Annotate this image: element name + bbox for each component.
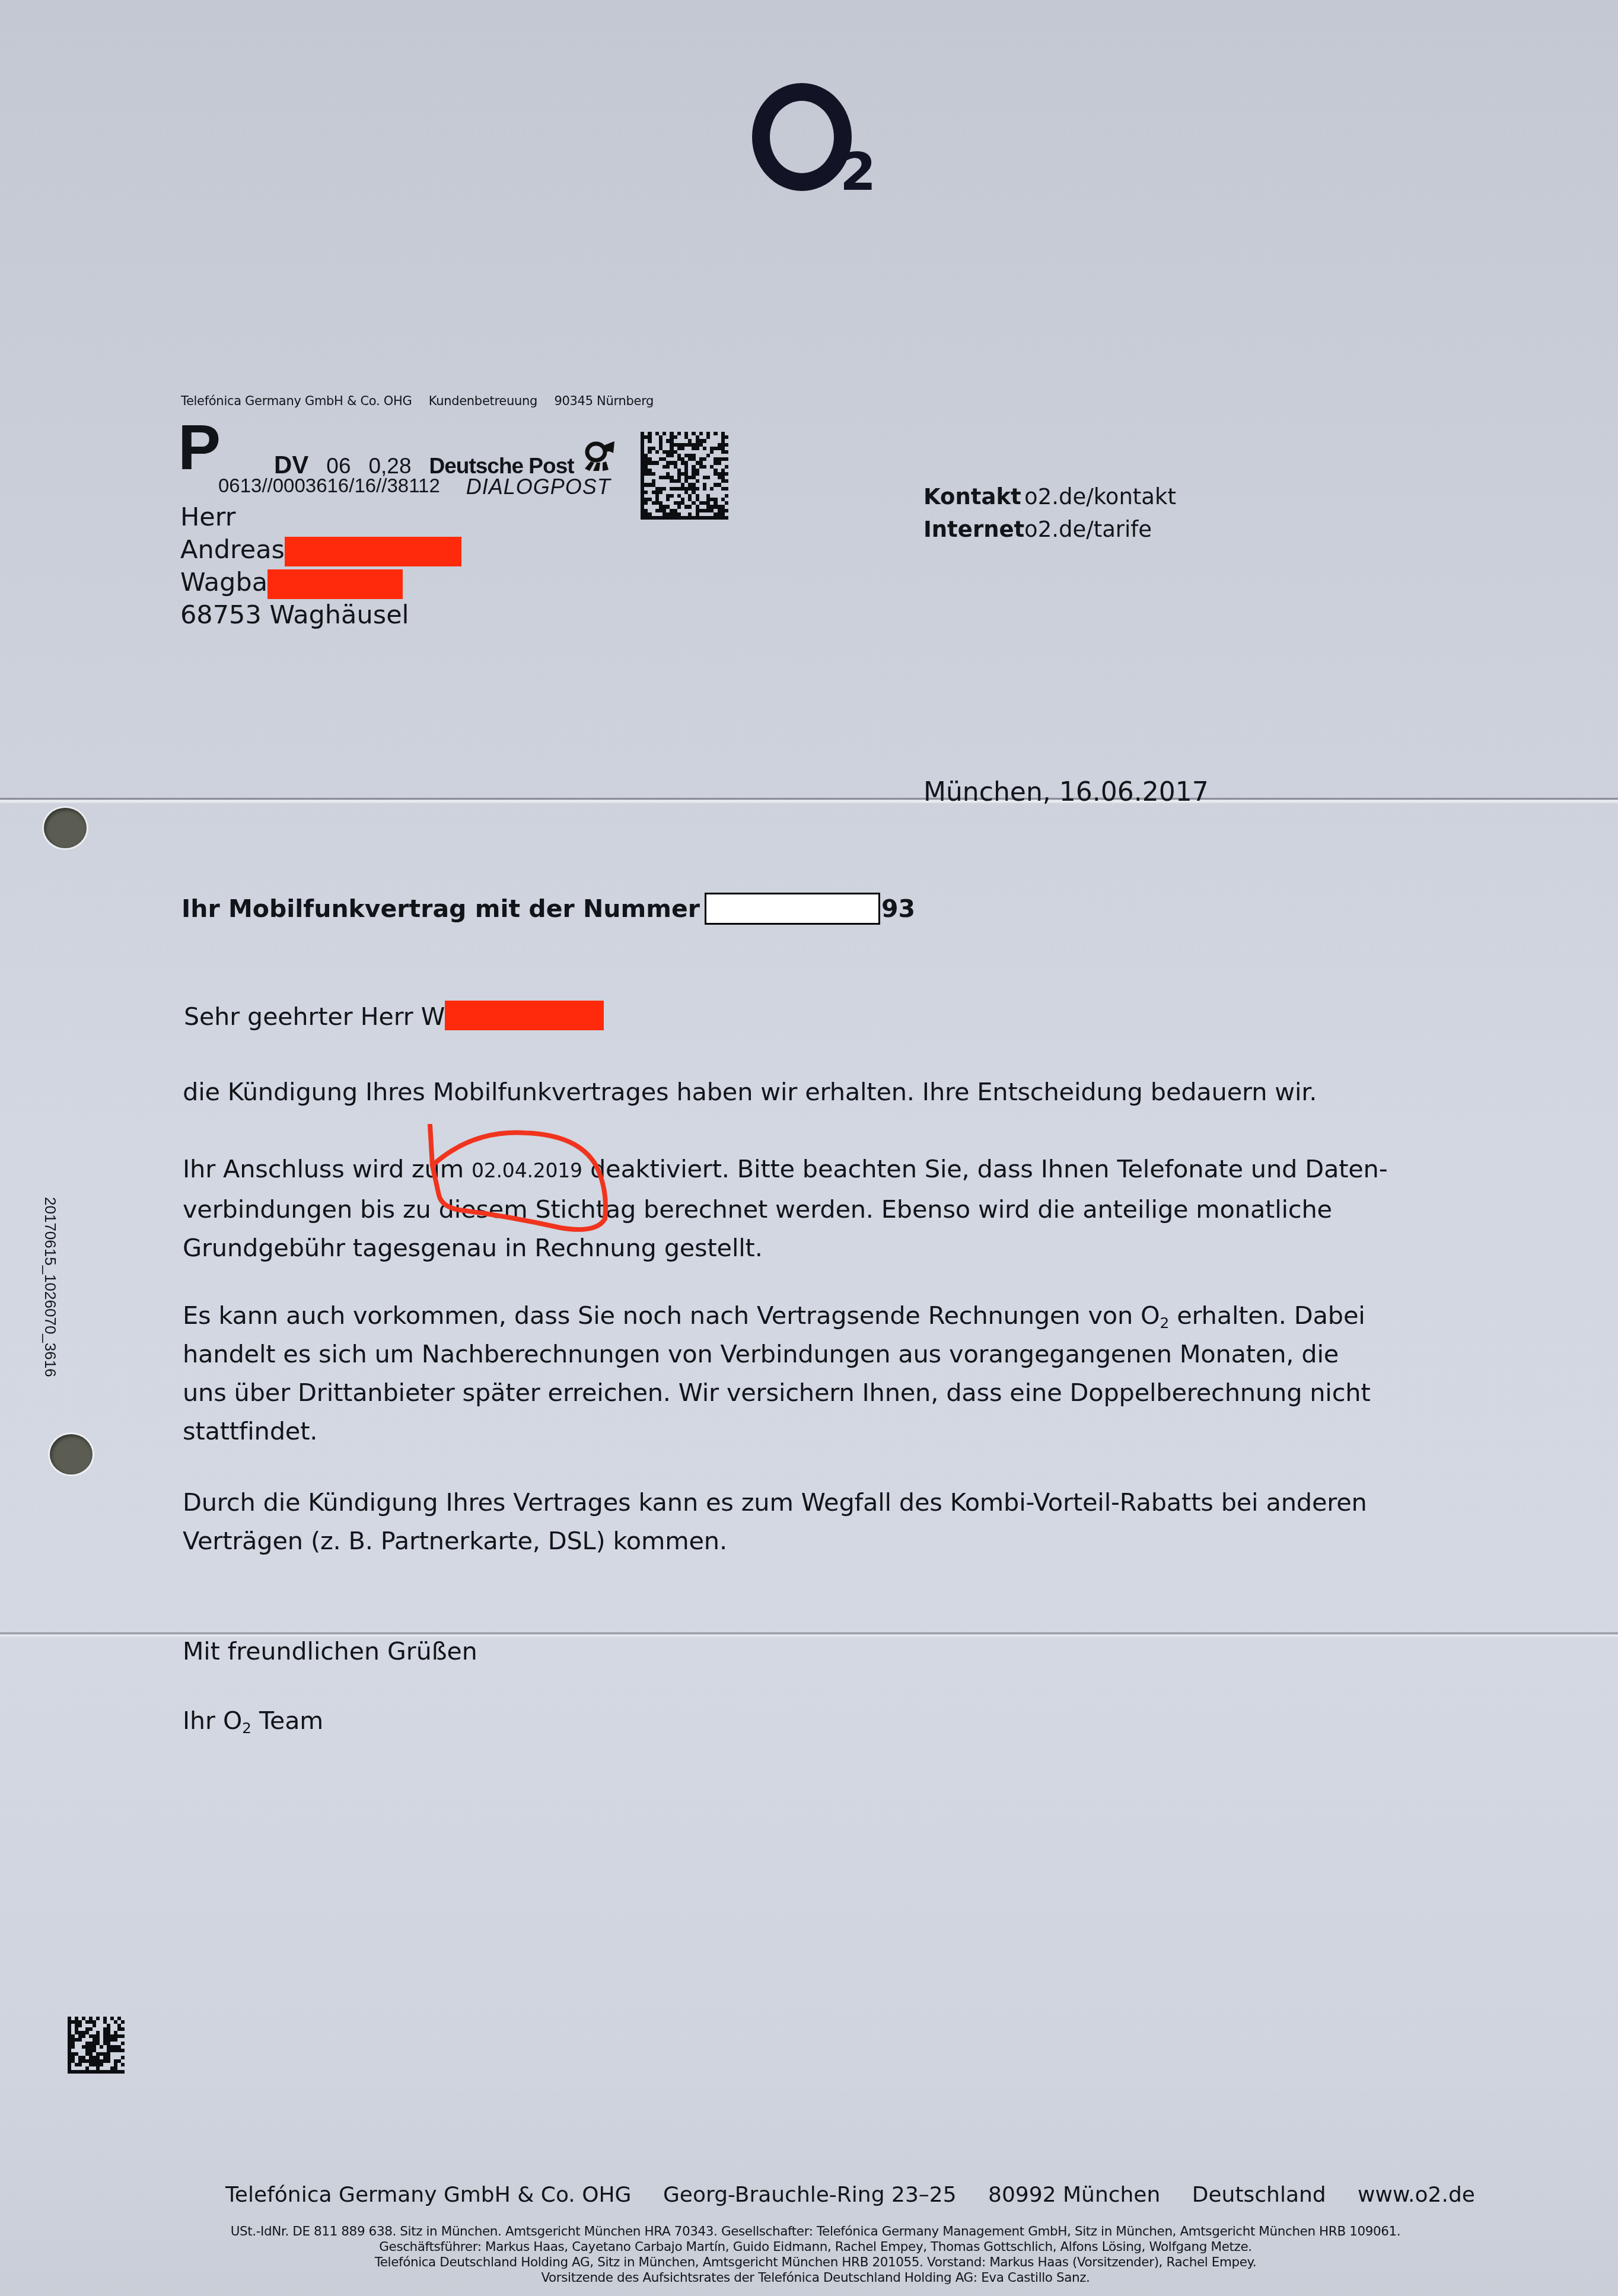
paragraph-2: Ihr Anschluss wird zum 02.04.2019 deakti… [183,1149,1488,1267]
sender-company: Telefónica Germany GmbH & Co. OHG [181,394,412,408]
paragraph-line: Es kann auch vorkommen, dass Sie noch na… [183,1296,1488,1335]
contact-label: Kontakt [923,480,1024,513]
greeting-text: Sehr geehrter Herr W [184,1002,445,1031]
paragraph-1: die Kündigung Ihres Mobilfunkvertrages h… [183,1072,1488,1111]
paragraph-line: die Kündigung Ihres Mobilfunkvertrages h… [183,1072,1488,1111]
franking-reference: 0613//0003616/16//38112 [218,475,440,499]
footer-address: Telefónica Germany GmbH & Co. OHG Georg-… [225,2183,1412,2207]
contact-row: Kontakto2.de/kontakt [923,480,1176,513]
franking-product: DIALOGPOST [466,475,611,499]
redaction-box [705,893,880,925]
subscript: 2 [242,1719,251,1737]
recipient-city: 68753 Waghäusel [180,599,461,632]
letter-signature: Ihr O2 Team [183,1706,323,1735]
paragraph-line: Ihr Anschluss wird zum 02.04.2019 deakti… [183,1149,1488,1190]
recipient-address: Herr Andreas Wagba 68753 Waghäusel [180,501,461,632]
datamatrix-code-icon [641,432,728,520]
subscript: 2 [1160,1314,1170,1332]
paragraph-line: Verträgen (z. B. Partnerkarte, DSL) komm… [183,1521,1488,1560]
footer-website-link[interactable]: www.o2.de [1358,2183,1475,2207]
franking-reference-line: 0613//0003616/16//38112 DIALOGPOST [218,475,611,499]
posthorn-icon [581,440,616,473]
paragraph-4: Durch die Kündigung Ihres Vertrages kann… [183,1483,1488,1560]
punch-hole [50,1434,93,1475]
legal-line: Telefónica Deutschland Holding AG, Sitz … [196,2255,1435,2270]
footer-city: 80992 München [988,2183,1160,2207]
paper-fold-line [0,798,1618,804]
contact-row: Interneto2.de/tarife [923,513,1176,546]
paragraph-line: verbindungen bis zu diesem Stichtag bere… [183,1190,1488,1228]
recipient-salutation: Herr [180,501,461,534]
footer-company: Telefónica Germany GmbH & Co. OHG [225,2183,631,2207]
legal-line: Vorsitzende des Aufsichtsrates der Telef… [196,2270,1435,2286]
footer-street: Georg-Brauchle-Ring 23–25 [663,2183,957,2207]
datamatrix-code-icon [68,2017,125,2074]
redaction-bar [445,1001,604,1030]
o2-logo-subscript: 2 [840,146,876,198]
sender-return-address: Telefónica Germany GmbH & Co. OHG Kunden… [181,394,667,408]
paragraph-line: handelt es sich um Nachberechnungen von … [183,1335,1488,1373]
legal-line: Geschäftsführer: Markus Haas, Cayetano C… [196,2240,1435,2255]
text: Es kann auch vorkommen, dass Sie noch na… [183,1301,1160,1330]
text: Team [251,1706,323,1735]
text-before-date: Ihr Anschluss wird zum [183,1154,464,1183]
contact-block: Kontakto2.de/kontakt Interneto2.de/tarif… [923,480,1176,546]
contact-label: Internet [923,513,1024,546]
text: Ihr O [183,1706,242,1735]
footer-country: Deutschland [1192,2183,1326,2207]
sender-city: 90345 Nürnberg [554,394,654,408]
deactivation-date: 02.04.2019 [472,1159,582,1182]
paragraph-line: stattfindet. [183,1412,1488,1450]
legal-line: USt.-IdNr. DE 811 889 638. Sitz in Münch… [196,2224,1435,2240]
letter-closing: Mit freundlichen Grüßen [183,1637,477,1666]
paragraph-3: Es kann auch vorkommen, dass Sie noch na… [183,1296,1488,1450]
paragraph-line: uns über Drittanbieter später erreichen.… [183,1373,1488,1412]
o2-logo-ring-icon [752,83,852,191]
subject-number-suffix: 93 [881,894,915,923]
text-after-date: deaktiviert. Bitte beachten Sie, dass Ih… [590,1154,1388,1183]
letter-date: München, 16.06.2017 [923,777,1209,807]
sender-department: Kundenbetreuung [429,394,537,408]
paragraph-line: Durch die Kündigung Ihres Vertrages kann… [183,1483,1488,1521]
subject-text: Ihr Mobilfunkvertrag mit der Nummer [181,894,700,923]
franking-line: DV 06 0,28 Deutsche Post [274,440,616,479]
redaction-bar [267,569,403,599]
paragraph-line: Grundgebühr tagesgenau in Rechnung geste… [183,1228,1488,1267]
footer-legal-notice: USt.-IdNr. DE 811 889 638. Sitz in Münch… [196,2224,1435,2286]
contact-link[interactable]: o2.de/kontakt [1024,484,1176,509]
contact-link[interactable]: o2.de/tarife [1024,517,1152,542]
text: erhalten. Dabei [1169,1301,1365,1330]
letter-subject: Ihr Mobilfunkvertrag mit der Nummer 93 [181,893,915,925]
postage-p-mark: P [178,415,221,479]
o2-logo: 2 [752,76,871,195]
recipient-first-name: Andreas [180,535,285,565]
punch-hole [44,808,87,848]
recipient-street: Wagba [180,568,267,597]
redaction-bar [285,537,461,566]
letter-greeting: Sehr geehrter Herr W [184,1002,604,1031]
side-document-code: 20170615_1026070_3616 [41,1197,59,1377]
